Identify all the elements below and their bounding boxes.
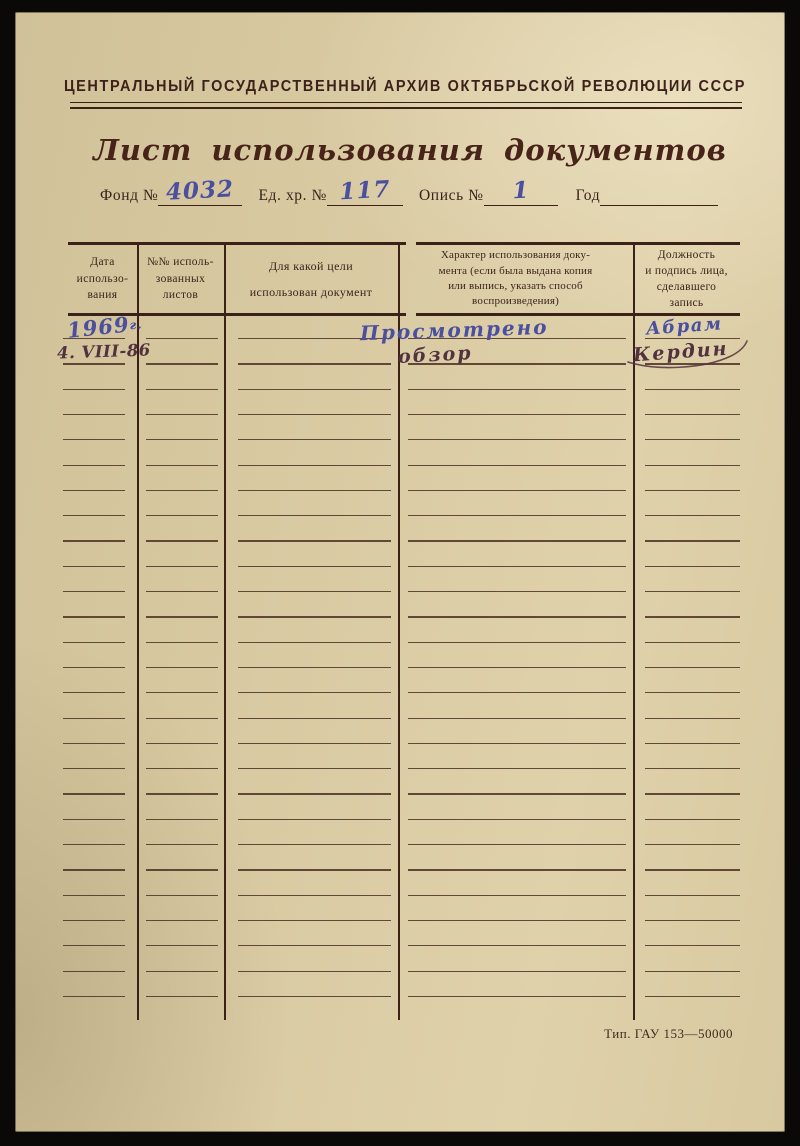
table-row	[68, 592, 740, 617]
table-cell	[224, 972, 398, 997]
table-cell	[137, 795, 224, 820]
table-cell	[398, 946, 633, 971]
table-cell	[633, 390, 740, 415]
table-cell	[137, 415, 224, 440]
table-cell	[68, 592, 137, 617]
table-cell	[137, 643, 224, 668]
opis-handwritten-value: 1	[483, 175, 558, 206]
table-row	[68, 921, 740, 946]
table-cell	[398, 440, 633, 465]
table-cell	[398, 769, 633, 794]
table-row	[68, 415, 740, 440]
table-cell	[68, 896, 137, 921]
table-cell	[224, 466, 398, 491]
column-header-usage-character: Характер использования доку- мента (если…	[398, 245, 633, 313]
opis-field: 1	[484, 180, 558, 206]
table-cell	[137, 390, 224, 415]
table-cell	[68, 769, 137, 794]
table-cell	[224, 946, 398, 971]
table-cell	[633, 896, 740, 921]
table-cell	[68, 946, 137, 971]
table-row	[68, 491, 740, 516]
table-cell	[137, 744, 224, 769]
table-cell	[224, 516, 398, 541]
table-row	[68, 390, 740, 415]
table-cell	[68, 972, 137, 997]
table-cell	[137, 693, 224, 718]
table-row	[68, 618, 740, 643]
table-cell	[68, 643, 137, 668]
scanned-page: ЦЕНТРАЛЬНЫЙ ГОСУДАРСТВЕННЫЙ АРХИВ ОКТЯБР…	[15, 12, 785, 1132]
table-cell	[224, 744, 398, 769]
handwritten-usage-note-2: обзор	[397, 342, 473, 368]
handwritten-date-entry-2: 4. VIII-86	[57, 340, 151, 362]
fond-field: 4032	[158, 180, 242, 206]
table-cell	[224, 668, 398, 693]
table-cell	[68, 542, 137, 567]
table-cell	[633, 921, 740, 946]
table-cell	[68, 871, 137, 896]
table-cell	[224, 365, 398, 390]
table-cell	[633, 769, 740, 794]
table-cell	[633, 643, 740, 668]
table-cell	[398, 592, 633, 617]
table-cell	[224, 542, 398, 567]
table-row	[68, 668, 740, 693]
column-header-purpose: Для какой цели использован документ	[224, 245, 398, 313]
table-cell	[633, 567, 740, 592]
table-cell	[633, 744, 740, 769]
ed-hr-handwritten-value: 117	[326, 175, 403, 206]
table-cell	[68, 668, 137, 693]
table-cell	[68, 365, 137, 390]
organization-header: ЦЕНТРАЛЬНЫЙ ГОСУДАРСТВЕННЫЙ АРХИВ ОКТЯБР…	[55, 79, 755, 96]
document-title: Лист использования документов	[15, 133, 800, 167]
table-cell	[68, 491, 137, 516]
form-line: Фонд № 4032 Ед. хр. № 117 Опись № 1 Год	[100, 180, 720, 206]
table-cell	[398, 643, 633, 668]
table-cell	[398, 795, 633, 820]
table-cell	[398, 871, 633, 896]
table-cell	[137, 618, 224, 643]
ed-hr-field: 117	[327, 180, 403, 206]
table-cell	[137, 592, 224, 617]
table-body	[68, 314, 740, 997]
table-cell	[633, 946, 740, 971]
table-row	[68, 946, 740, 971]
table-cell	[398, 365, 633, 390]
table-cell	[68, 693, 137, 718]
table-cell	[137, 896, 224, 921]
table-cell	[224, 567, 398, 592]
table-cell	[137, 972, 224, 997]
table-cell	[398, 845, 633, 870]
table-row	[68, 845, 740, 870]
table-cell	[633, 820, 740, 845]
row-line	[408, 996, 626, 997]
table-cell	[633, 440, 740, 465]
god-handwritten-value	[600, 201, 718, 207]
table-cell	[633, 871, 740, 896]
table-cell	[137, 769, 224, 794]
table-row	[68, 542, 740, 567]
table-cell	[398, 516, 633, 541]
table-cell	[137, 491, 224, 516]
table-cell	[633, 668, 740, 693]
table-cell	[633, 618, 740, 643]
table-cell	[137, 365, 224, 390]
opis-label: Опись №	[419, 187, 484, 206]
table-cell	[68, 516, 137, 541]
table-row	[68, 820, 740, 845]
typography-print-note: Тип. ГАУ 153—50000	[15, 1026, 733, 1042]
signature-flourish	[626, 338, 750, 372]
column-header-date: Дата использо- вания	[68, 245, 137, 313]
table-cell	[398, 693, 633, 718]
table-cell	[633, 491, 740, 516]
table-cell	[137, 542, 224, 567]
table-cell	[398, 896, 633, 921]
ed-hr-label: Ед. хр. №	[258, 187, 327, 206]
table-cell	[633, 693, 740, 718]
table-cell	[633, 516, 740, 541]
table-cell	[68, 390, 137, 415]
table-cell	[398, 744, 633, 769]
table-cell	[137, 516, 224, 541]
table-cell	[137, 668, 224, 693]
table-cell	[398, 390, 633, 415]
date-suffix: г.	[129, 317, 143, 332]
table-cell	[398, 921, 633, 946]
table-cell	[68, 466, 137, 491]
table-cell	[224, 618, 398, 643]
table-row	[68, 972, 740, 997]
table-cell	[224, 643, 398, 668]
table-cell	[398, 719, 633, 744]
table-cell	[398, 542, 633, 567]
row-line	[63, 996, 125, 997]
table-cell	[224, 693, 398, 718]
table-cell	[633, 845, 740, 870]
table-cell	[224, 719, 398, 744]
table-cell	[224, 820, 398, 845]
table-cell	[68, 567, 137, 592]
table-cell	[398, 491, 633, 516]
table-cell	[224, 845, 398, 870]
table-cell	[224, 592, 398, 617]
table-row	[68, 719, 740, 744]
table-cell	[633, 795, 740, 820]
table-cell	[633, 592, 740, 617]
table-cell	[224, 896, 398, 921]
table-cell	[633, 719, 740, 744]
table-cell	[68, 440, 137, 465]
table-cell	[68, 820, 137, 845]
table-cell	[68, 921, 137, 946]
table-cell	[224, 921, 398, 946]
table-cell	[137, 719, 224, 744]
table-cell	[137, 466, 224, 491]
fond-label: Фонд №	[100, 187, 158, 206]
god-field	[600, 180, 718, 206]
table-cell	[224, 769, 398, 794]
usage-table: Дата использо- вания №№ исполь- зованных…	[68, 242, 740, 1032]
table-cell	[224, 491, 398, 516]
table-cell	[633, 415, 740, 440]
column-header-signature: Должность и подпись лица, сделавшего зап…	[633, 245, 740, 313]
row-line	[146, 996, 218, 997]
table-cell	[137, 871, 224, 896]
table-cell	[398, 567, 633, 592]
table-row	[68, 744, 740, 769]
header-double-rule	[70, 102, 742, 109]
table-cell	[68, 795, 137, 820]
row-line	[645, 996, 740, 997]
table-row	[68, 795, 740, 820]
table-cell	[398, 668, 633, 693]
column-header-sheets: №№ исполь- зованных листов	[137, 245, 224, 313]
table-row	[68, 516, 740, 541]
table-cell	[224, 440, 398, 465]
table-row	[68, 693, 740, 718]
table-row	[68, 567, 740, 592]
table-cell	[224, 390, 398, 415]
table-cell	[398, 820, 633, 845]
table-cell	[68, 415, 137, 440]
table-cell	[633, 542, 740, 567]
table-cell	[398, 618, 633, 643]
god-label: Год	[576, 187, 601, 206]
table-cell	[398, 972, 633, 997]
table-row	[68, 871, 740, 896]
table-cell	[224, 871, 398, 896]
table-row	[68, 769, 740, 794]
table-cell	[137, 440, 224, 465]
table-cell	[224, 795, 398, 820]
table-cell	[137, 946, 224, 971]
table-cell	[398, 466, 633, 491]
table-cell	[68, 845, 137, 870]
table-cell	[137, 845, 224, 870]
row-line	[238, 996, 391, 997]
table-header-row: Дата использо- вания №№ исполь- зованных…	[68, 245, 740, 313]
table-cell	[68, 719, 137, 744]
table-row	[68, 896, 740, 921]
table-cell	[224, 415, 398, 440]
table-cell	[398, 415, 633, 440]
fond-handwritten-value: 4032	[158, 175, 243, 206]
table-cell	[633, 972, 740, 997]
table-cell	[137, 567, 224, 592]
table-cell	[137, 314, 224, 339]
table-row	[68, 466, 740, 491]
table-cell	[68, 744, 137, 769]
table-row	[68, 643, 740, 668]
table-cell	[633, 466, 740, 491]
table-cell	[137, 820, 224, 845]
table-row	[68, 440, 740, 465]
table-cell	[137, 921, 224, 946]
table-cell	[68, 618, 137, 643]
